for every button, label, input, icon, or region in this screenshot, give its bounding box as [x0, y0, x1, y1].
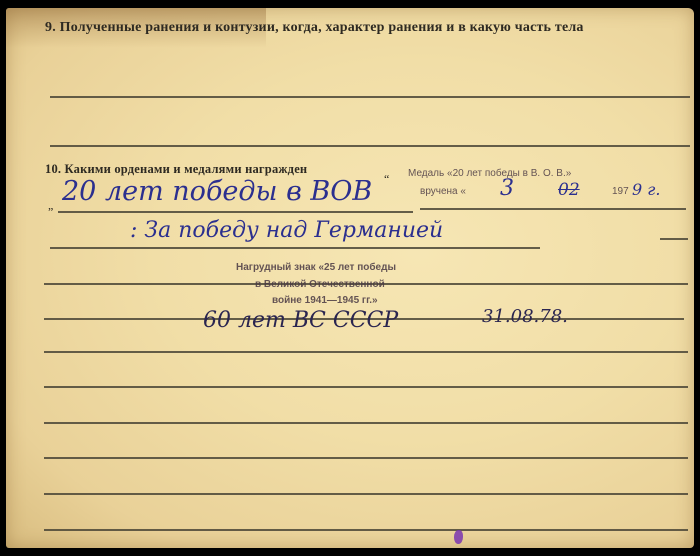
medal-year-prefix: 197: [612, 186, 629, 197]
medal-stamp-line1: Медаль «20 лет победы в В. О. В.»: [408, 168, 571, 179]
blank-line: [44, 386, 688, 388]
badge-stamp-line3: войне 1941—1945 гг.»: [272, 295, 378, 306]
blank-line: [420, 208, 686, 210]
document-page: [6, 8, 694, 548]
open-quote: „: [48, 198, 53, 213]
handwritten-award-1: 20 лет победы в ВОВ: [62, 176, 372, 207]
medal-month: 02: [558, 180, 580, 200]
question-10-label: 10. Какими орденами и медалями награжден: [45, 162, 307, 177]
blank-line: [660, 238, 688, 240]
blank-line: [50, 247, 540, 249]
close-quote: “: [384, 172, 389, 187]
blank-line: [50, 145, 690, 147]
medal-stamp-line2: вручена «: [420, 186, 466, 197]
blank-line: [58, 211, 413, 213]
question-9-label: 9. Полученные ранения и контузии, когда,…: [45, 20, 584, 36]
badge-stamp-line2: в Великой Отечественной: [255, 279, 385, 290]
blank-line: [44, 529, 688, 531]
blank-line: [44, 457, 688, 459]
badge-stamp-line1: Нагрудный знак «25 лет победы: [236, 262, 396, 273]
ink-stain: [454, 530, 463, 544]
blank-line: [44, 351, 688, 353]
handwritten-award-2: : За победу над Германией: [130, 218, 443, 243]
medal-day: 3: [500, 176, 514, 201]
blank-line: [44, 493, 688, 495]
handwritten-award-3-date: 31.08.78.: [482, 306, 568, 327]
blank-line: [44, 422, 688, 424]
handwritten-award-3: 60 лет ВС СССР: [203, 308, 398, 333]
blank-line: [50, 96, 690, 98]
medal-year-digit: 9 г.: [632, 180, 660, 199]
